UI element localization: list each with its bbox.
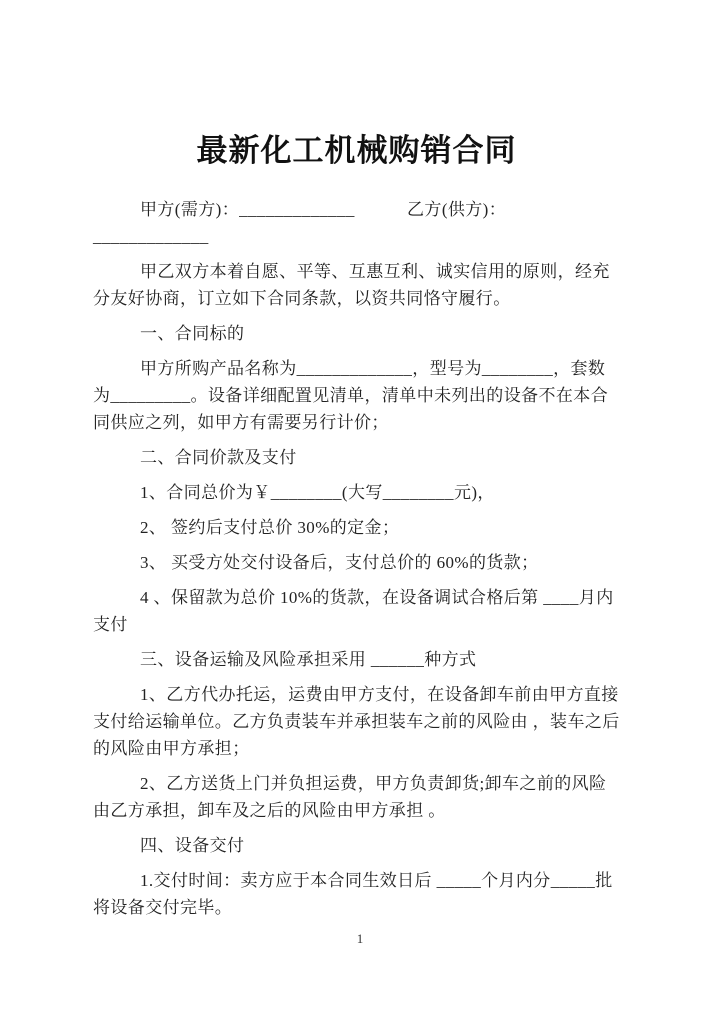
clause-2-heading: 二、合同价款及支付 bbox=[93, 444, 620, 471]
clause-2-item-3: 3、 买受方处交付设备后，支付总价的 60%的货款； bbox=[93, 549, 620, 576]
clause-2-item-1: 1、合同总价为￥________(大写________元)， bbox=[93, 479, 620, 506]
parties-line: 甲方(需方)：_____________ 乙方(供方)：____________… bbox=[93, 196, 620, 250]
clause-2-item-4: 4 、保留款为总价 10%的货款，在设备调试合格后第 ____月内支付 bbox=[93, 584, 620, 638]
document-title: 最新化工机械购销合同 bbox=[93, 130, 620, 172]
preamble-paragraph: 甲乙双方本着自愿、平等、互惠互利、诚实信用的原则，经充分友好协商，订立如下合同条… bbox=[93, 258, 620, 312]
clause-4-heading: 四、设备交付 bbox=[93, 832, 620, 859]
clause-1-heading: 一、合同标的 bbox=[93, 320, 620, 347]
clause-4-item-1: 1.交付时间：卖方应于本合同生效日后 _____个月内分_____批将设备交付完… bbox=[93, 867, 620, 921]
page-number: 1 bbox=[0, 931, 720, 947]
clause-3-heading: 三、设备运输及风险承担采用 ______种方式 bbox=[93, 646, 620, 673]
document-page: 最新化工机械购销合同 甲方(需方)：_____________ 乙方(供方)：_… bbox=[0, 0, 720, 1017]
document-body: 甲方(需方)：_____________ 乙方(供方)：____________… bbox=[93, 196, 620, 921]
clause-3-item-1: 1、乙方代办托运，运费由甲方支付，在设备卸车前由甲方直接支付给运输单位。乙方负责… bbox=[93, 681, 620, 762]
clause-3-item-2: 2、乙方送货上门并负担运费，甲方负责卸货;卸车之前的风险由乙方承担，卸车及之后的… bbox=[93, 770, 620, 824]
clause-2-item-2: 2、 签约后支付总价 30%的定金； bbox=[93, 514, 620, 541]
clause-1-body: 甲方所购产品名称为_____________，型号为________，套数为__… bbox=[93, 355, 620, 436]
